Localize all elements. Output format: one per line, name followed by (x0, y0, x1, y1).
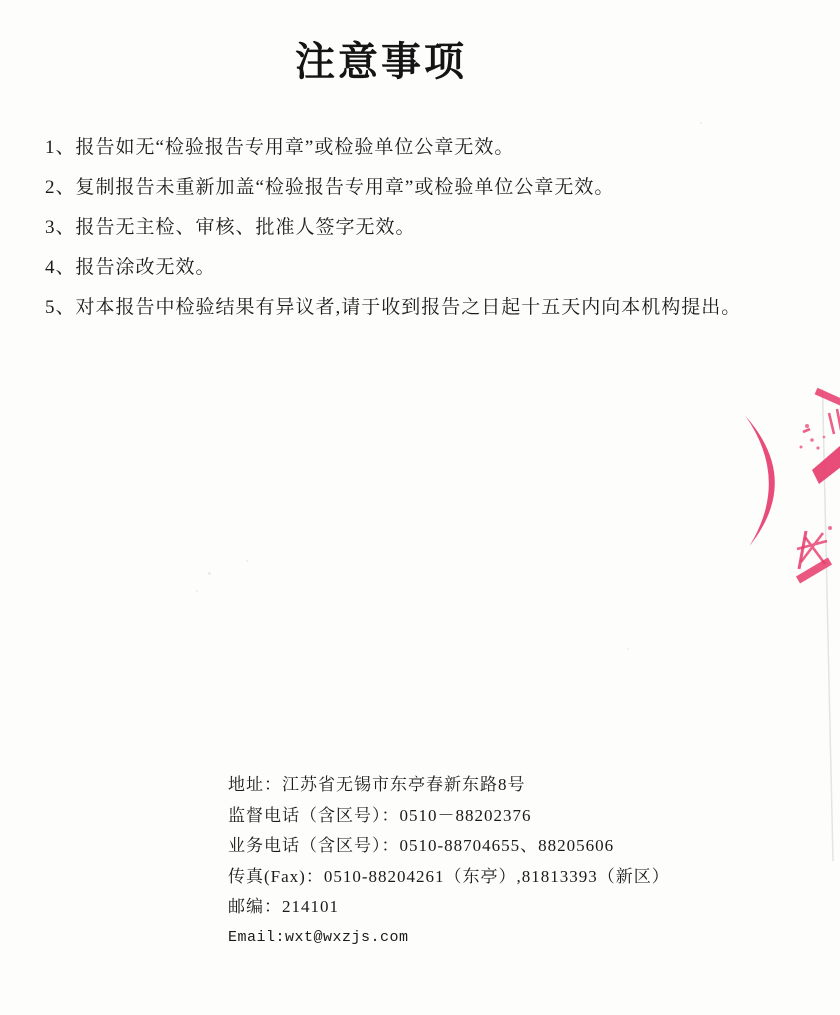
stamp-edge-bar-bottom (798, 561, 830, 580)
scan-speck (246, 560, 248, 562)
notice-item-2: 2、复制报告未重新加盖“检验报告专用章”或检验单位公章无效。 (45, 178, 745, 198)
scan-page-edge-line (823, 389, 834, 861)
stamp-character-fragment (797, 533, 827, 564)
stamp-arc (746, 416, 775, 546)
contact-supervision-phone: 监督电话（含区号）：0510－88202376 (228, 801, 670, 832)
stamp-star-fragment (812, 445, 840, 484)
stamp-dot (828, 526, 832, 530)
contact-postcode: 邮编：214101 (228, 892, 670, 923)
scan-speck (627, 648, 629, 650)
scanned-notice-page: { "page": { "title": "注意事项" }, "notices"… (0, 0, 840, 1015)
scan-speck (196, 590, 198, 592)
contact-business-phone: 业务电话（含区号）：0510-88704655、88205606 (228, 831, 670, 862)
stamp-edge-bar-top (816, 391, 840, 403)
notice-item-3: 3、报告无主检、审核、批准人签字无效。 (45, 218, 745, 238)
notice-list: 1、报告如无“检验报告专用章”或检验单位公章无效。 2、复制报告未重新加盖“检验… (45, 138, 745, 338)
notice-item-5: 5、对本报告中检验结果有异议者,请于收到报告之日起十五天内向本机构提出。 (45, 298, 745, 318)
notice-item-1: 1、报告如无“检验报告专用章”或检验单位公章无效。 (45, 138, 745, 158)
stamp-dot (810, 438, 814, 442)
contact-email: Email:wxt@wxzjs.com (228, 923, 670, 954)
contact-fax: 传真(Fax)：0510-88204261（东亭）,81813393（新区） (228, 862, 670, 893)
stamp-dot (816, 446, 819, 449)
contact-address: 地址：江苏省无锡市东亭春新东路8号 (228, 770, 670, 801)
stamp-dot (800, 446, 803, 449)
stamp-character-fragment (799, 531, 806, 569)
stamp-dot (805, 424, 809, 428)
notice-item-4: 4、报告涂改无效。 (45, 258, 745, 278)
stamp-dot (823, 436, 826, 439)
stamp-character-strokes (803, 409, 840, 434)
contact-block: 地址：江苏省无锡市东亭春新东路8号 监督电话（含区号）：0510－8820237… (228, 770, 670, 953)
scan-speck (700, 122, 702, 124)
scan-speck (208, 572, 211, 575)
page-title: 注意事项 (0, 30, 762, 87)
